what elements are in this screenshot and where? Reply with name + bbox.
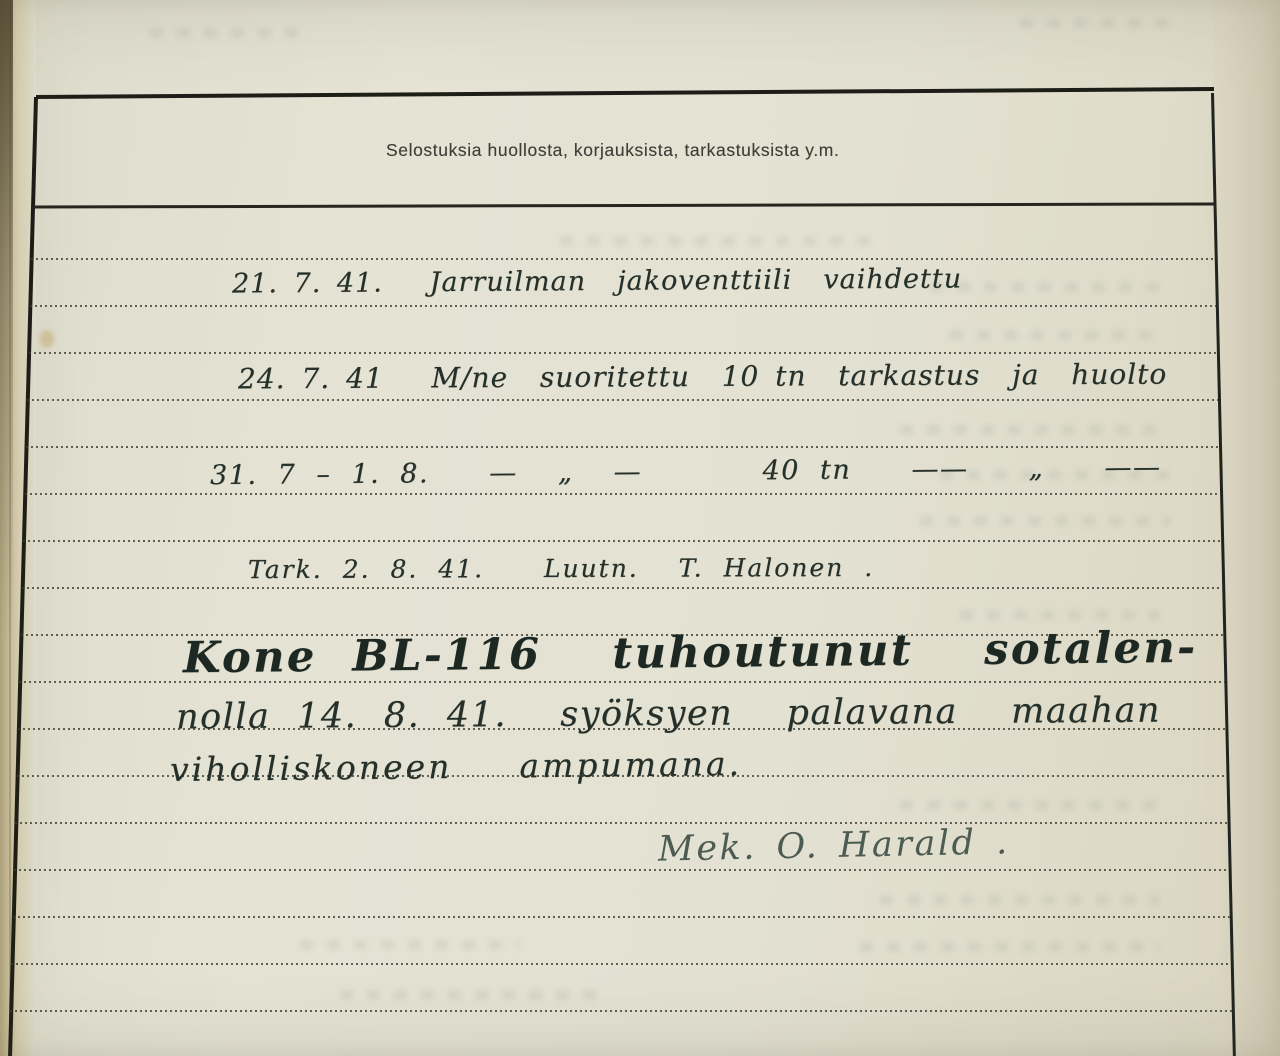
bleedthrough-ghost [950, 330, 1160, 340]
entry-aircraft-destroyed-line2: nolla 14. 8. 41. syöksyen palavana maaha… [176, 691, 1161, 738]
bleedthrough-ghost [560, 236, 880, 246]
ruled-dotted-line [25, 493, 1221, 495]
ruled-dotted-line [29, 352, 1217, 354]
table-border-top [36, 87, 1214, 99]
bleedthrough-ghost [900, 800, 1160, 810]
bleedthrough-ghost [150, 28, 300, 38]
header-divider-rule [33, 202, 1214, 208]
ruled-dotted-line [13, 916, 1230, 918]
ruled-dotted-line [22, 587, 1222, 589]
entry-aircraft-destroyed-line3: viholliskoneen ampumana. [170, 744, 742, 789]
bleedthrough-ghost [860, 942, 1160, 952]
entry-10h-inspection-service: 24. 7. 41 M/ne suoritettu 10 tn tarkastu… [238, 358, 1167, 396]
bleedthrough-ghost [1020, 18, 1170, 28]
bleedthrough-ghost [920, 516, 1170, 526]
bleedthrough-ghost [340, 990, 600, 1000]
ruled-dotted-line [27, 399, 1218, 401]
bleedthrough-ghost [900, 425, 1160, 435]
ruled-dotted-line [15, 822, 1227, 824]
ruled-dotted-line [11, 963, 1231, 965]
entry-40h-inspection-ditto: 31. 7 – 1. 8. — „ — 40 tn —— „ —— [210, 452, 1162, 491]
bleedthrough-ghost [930, 282, 1160, 292]
ruled-dotted-line [30, 305, 1216, 307]
bleedthrough-ghost [960, 610, 1160, 620]
bleedthrough-ghost [880, 895, 1160, 905]
paper-stain [40, 330, 54, 348]
ruled-dotted-line [10, 1010, 1232, 1012]
entry-brake-valve-replaced: 21. 7. 41. Jarruilman jakoventtiili vaih… [232, 263, 962, 299]
entry-aircraft-destroyed-line1: Kone BL-116 tuhoutunut sotalen- [183, 623, 1198, 684]
ruled-dotted-line [26, 446, 1219, 448]
logbook-page: Selostuksia huollosta, korjauksista, tar… [0, 0, 1280, 1056]
mechanic-signature: Mek. O. Harald . [658, 822, 1011, 869]
book-binding-edge [0, 0, 13, 640]
maintenance-section-title: Selostuksia huollosta, korjauksista, tar… [386, 140, 839, 161]
ruled-dotted-line [31, 258, 1214, 260]
ruled-dotted-line [14, 869, 1229, 871]
entry-inspection-signoff-halonen: Tark. 2. 8. 41. Luutn. T. Halonen . [248, 553, 874, 584]
ruled-dotted-line [23, 540, 1221, 542]
bleedthrough-ghost [300, 940, 520, 950]
